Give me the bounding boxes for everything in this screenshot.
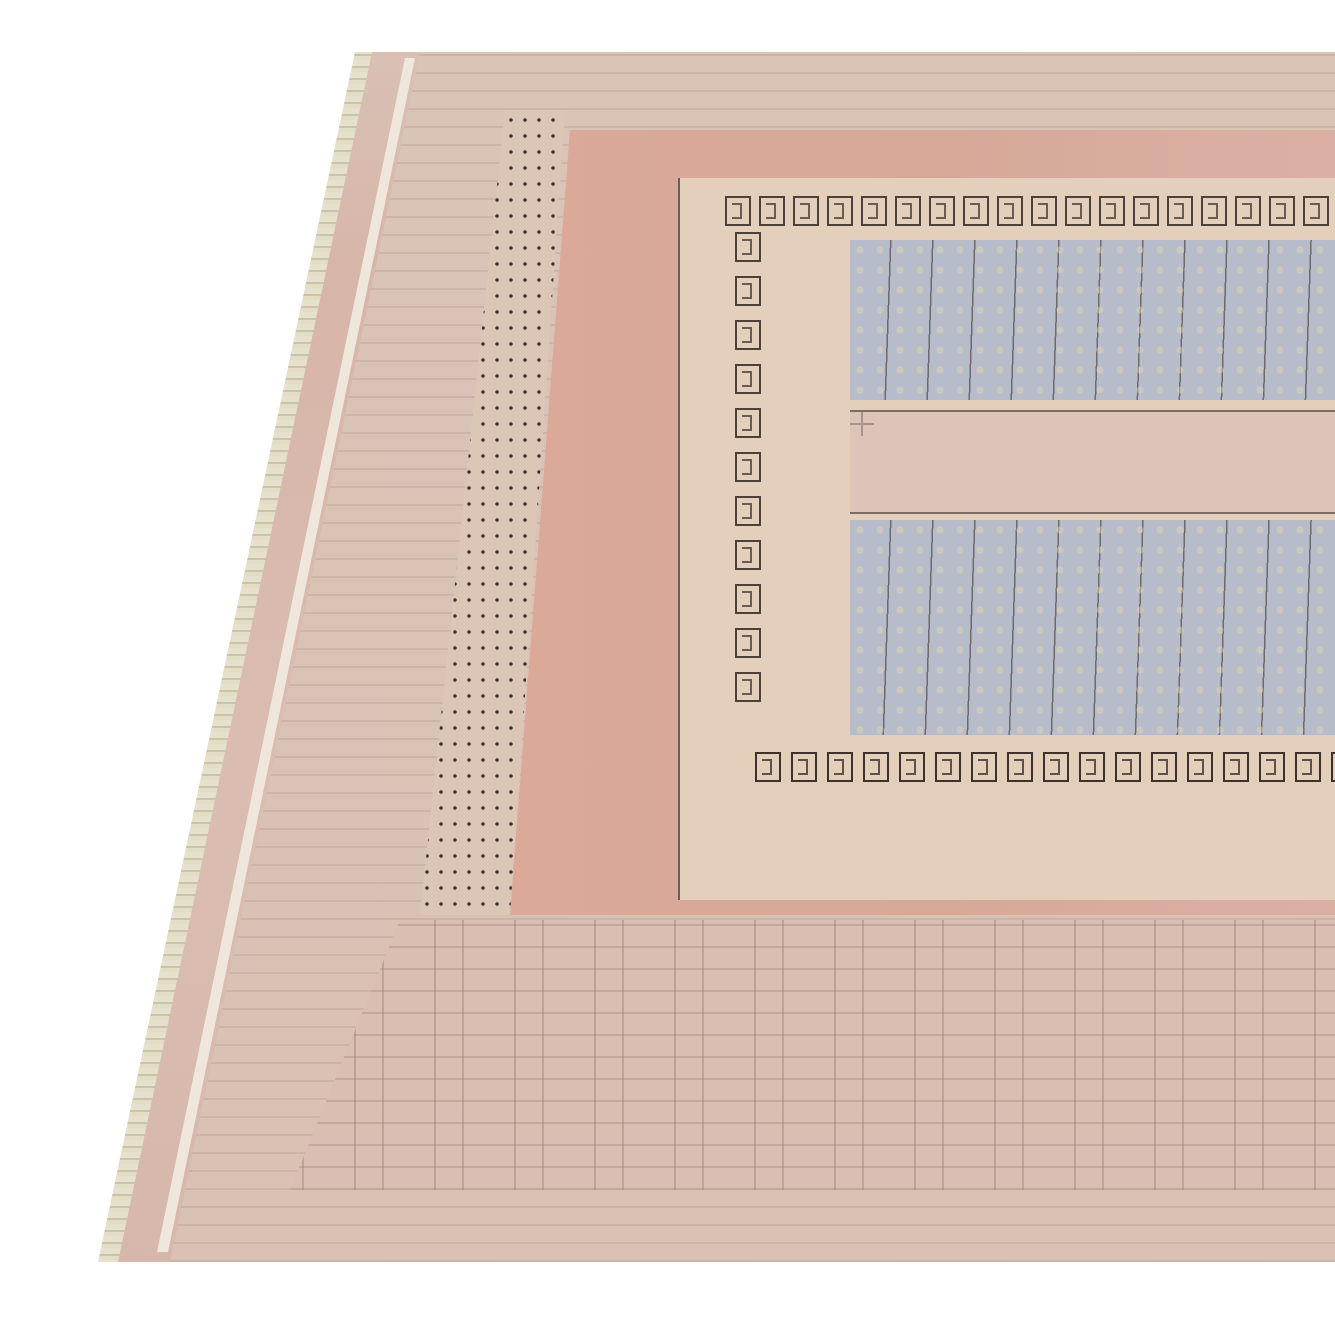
meander-motif bbox=[997, 196, 1023, 226]
meander-motif bbox=[1331, 752, 1335, 782]
meander-motif bbox=[1115, 752, 1141, 782]
meander-motif bbox=[1031, 196, 1057, 226]
meander-motif bbox=[1235, 196, 1261, 226]
meander-motif bbox=[929, 196, 955, 226]
meander-motif bbox=[1043, 752, 1069, 782]
meander-motif bbox=[827, 752, 853, 782]
cross-motif-band bbox=[850, 410, 1335, 514]
meander-motif bbox=[759, 196, 785, 226]
meander-motif bbox=[1259, 752, 1285, 782]
meander-motif bbox=[735, 364, 761, 394]
meander-motif bbox=[1269, 196, 1295, 226]
meander-motif bbox=[735, 452, 761, 482]
meander-motif bbox=[1187, 752, 1213, 782]
meander-motif bbox=[1201, 196, 1227, 226]
meander-motif bbox=[735, 320, 761, 350]
meander-motif bbox=[863, 752, 889, 782]
meander-motif bbox=[735, 672, 761, 702]
meander-border-left bbox=[735, 232, 761, 702]
meander-motif bbox=[791, 752, 817, 782]
meander-motif bbox=[971, 752, 997, 782]
meander-motif bbox=[735, 276, 761, 306]
meander-motif bbox=[793, 196, 819, 226]
meander-motif bbox=[861, 196, 887, 226]
meander-border-bottom bbox=[755, 752, 1335, 782]
meander-motif bbox=[735, 540, 761, 570]
meander-motif bbox=[1099, 196, 1125, 226]
meander-motif bbox=[935, 752, 961, 782]
blue-panel-bottom bbox=[850, 520, 1335, 735]
meander-motif bbox=[755, 752, 781, 782]
meander-motif bbox=[895, 196, 921, 226]
meander-motif bbox=[963, 196, 989, 226]
meander-motif bbox=[725, 196, 751, 226]
meander-motif bbox=[899, 752, 925, 782]
meander-motif bbox=[735, 584, 761, 614]
blue-panel-top bbox=[850, 240, 1335, 400]
meander-motif bbox=[735, 628, 761, 658]
meander-motif bbox=[1223, 752, 1249, 782]
meander-motif bbox=[735, 232, 761, 262]
meander-motif bbox=[1065, 196, 1091, 226]
meander-motif bbox=[1167, 196, 1193, 226]
meander-motif bbox=[1133, 196, 1159, 226]
meander-motif bbox=[1007, 752, 1033, 782]
meander-motif bbox=[735, 496, 761, 526]
meander-motif bbox=[827, 196, 853, 226]
meander-motif bbox=[1295, 752, 1321, 782]
meander-motif bbox=[1079, 752, 1105, 782]
meander-border-top bbox=[725, 196, 1329, 226]
meander-motif bbox=[1151, 752, 1177, 782]
meander-motif bbox=[1303, 196, 1329, 226]
meander-motif bbox=[735, 408, 761, 438]
